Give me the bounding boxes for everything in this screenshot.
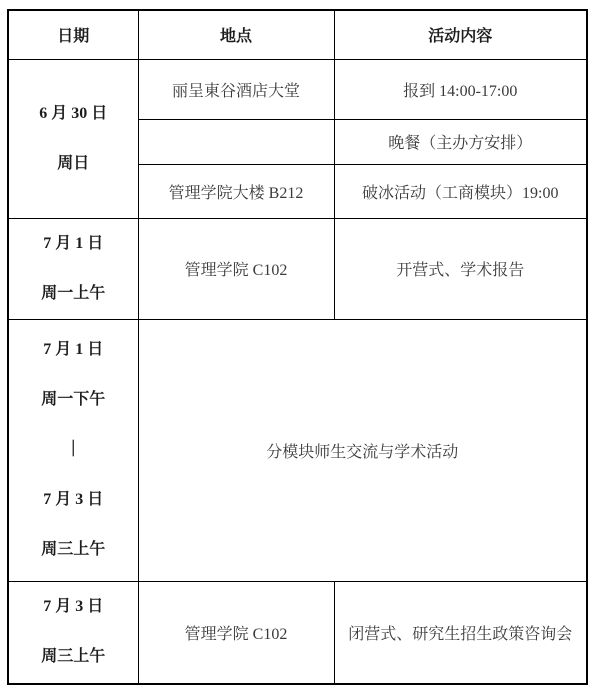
schedule-table: 日期 地点 活动内容 6 月 30 日 周日 丽呈東谷酒店大堂 报到 14:00… (7, 9, 588, 685)
document-page: 日期 地点 活动内容 6 月 30 日 周日 丽呈東谷酒店大堂 报到 14:00… (0, 0, 594, 694)
date-line: 7 月 1 日 (9, 325, 138, 375)
weekday-line: 周三上午 (9, 525, 138, 575)
weekday-line: 周日 (9, 139, 138, 189)
activity-cell: 报到 14:00-17:00 (334, 59, 587, 119)
range-separator: ｜ (9, 425, 138, 475)
date-line: 7 月 3 日 (9, 475, 138, 525)
date-line: 7 月 1 日 (9, 219, 138, 269)
date-cell-jun30: 6 月 30 日 周日 (8, 59, 138, 218)
date-stack: 7 月 1 日 周一下午 ｜ 7 月 3 日 周三上午 (9, 325, 138, 575)
date-cell-jul1-to-jul3: 7 月 1 日 周一下午 ｜ 7 月 3 日 周三上午 (8, 319, 138, 581)
activity-cell: 开营式、学术报告 (334, 218, 587, 319)
location-cell: 管理学院大楼 B212 (138, 164, 334, 218)
date-stack: 7 月 3 日 周三上午 (9, 582, 138, 682)
location-cell-empty (138, 119, 334, 164)
table-header-row: 日期 地点 活动内容 (8, 10, 587, 59)
date-cell-jul3: 7 月 3 日 周三上午 (8, 581, 138, 684)
date-stack: 6 月 30 日 周日 (9, 89, 138, 189)
header-location: 地点 (138, 10, 334, 59)
location-cell: 管理学院 C102 (138, 581, 334, 684)
weekday-line: 周一上午 (9, 269, 138, 319)
date-cell-jul1-am: 7 月 1 日 周一上午 (8, 218, 138, 319)
weekday-line: 周三上午 (9, 632, 138, 682)
merged-activity-cell: 分模块师生交流与学术活动 (138, 319, 587, 581)
location-cell: 丽呈東谷酒店大堂 (138, 59, 334, 119)
weekday-line: 周一下午 (9, 375, 138, 425)
header-date: 日期 (8, 10, 138, 59)
header-activity: 活动内容 (334, 10, 587, 59)
table-row: 7 月 1 日 周一下午 ｜ 7 月 3 日 周三上午 分模块师生交流与学术活动 (8, 319, 587, 581)
activity-cell: 晚餐（主办方安排） (334, 119, 587, 164)
location-cell: 管理学院 C102 (138, 218, 334, 319)
table-row: 7 月 3 日 周三上午 管理学院 C102 闭营式、研究生招生政策咨询会 (8, 581, 587, 684)
activity-cell: 闭营式、研究生招生政策咨询会 (334, 581, 587, 684)
table-row: 6 月 30 日 周日 丽呈東谷酒店大堂 报到 14:00-17:00 (8, 59, 587, 119)
activity-cell: 破冰活动（工商模块）19:00 (334, 164, 587, 218)
date-line: 6 月 30 日 (9, 89, 138, 139)
date-line: 7 月 3 日 (9, 582, 138, 632)
table-row: 7 月 1 日 周一上午 管理学院 C102 开营式、学术报告 (8, 218, 587, 319)
date-stack: 7 月 1 日 周一上午 (9, 219, 138, 319)
